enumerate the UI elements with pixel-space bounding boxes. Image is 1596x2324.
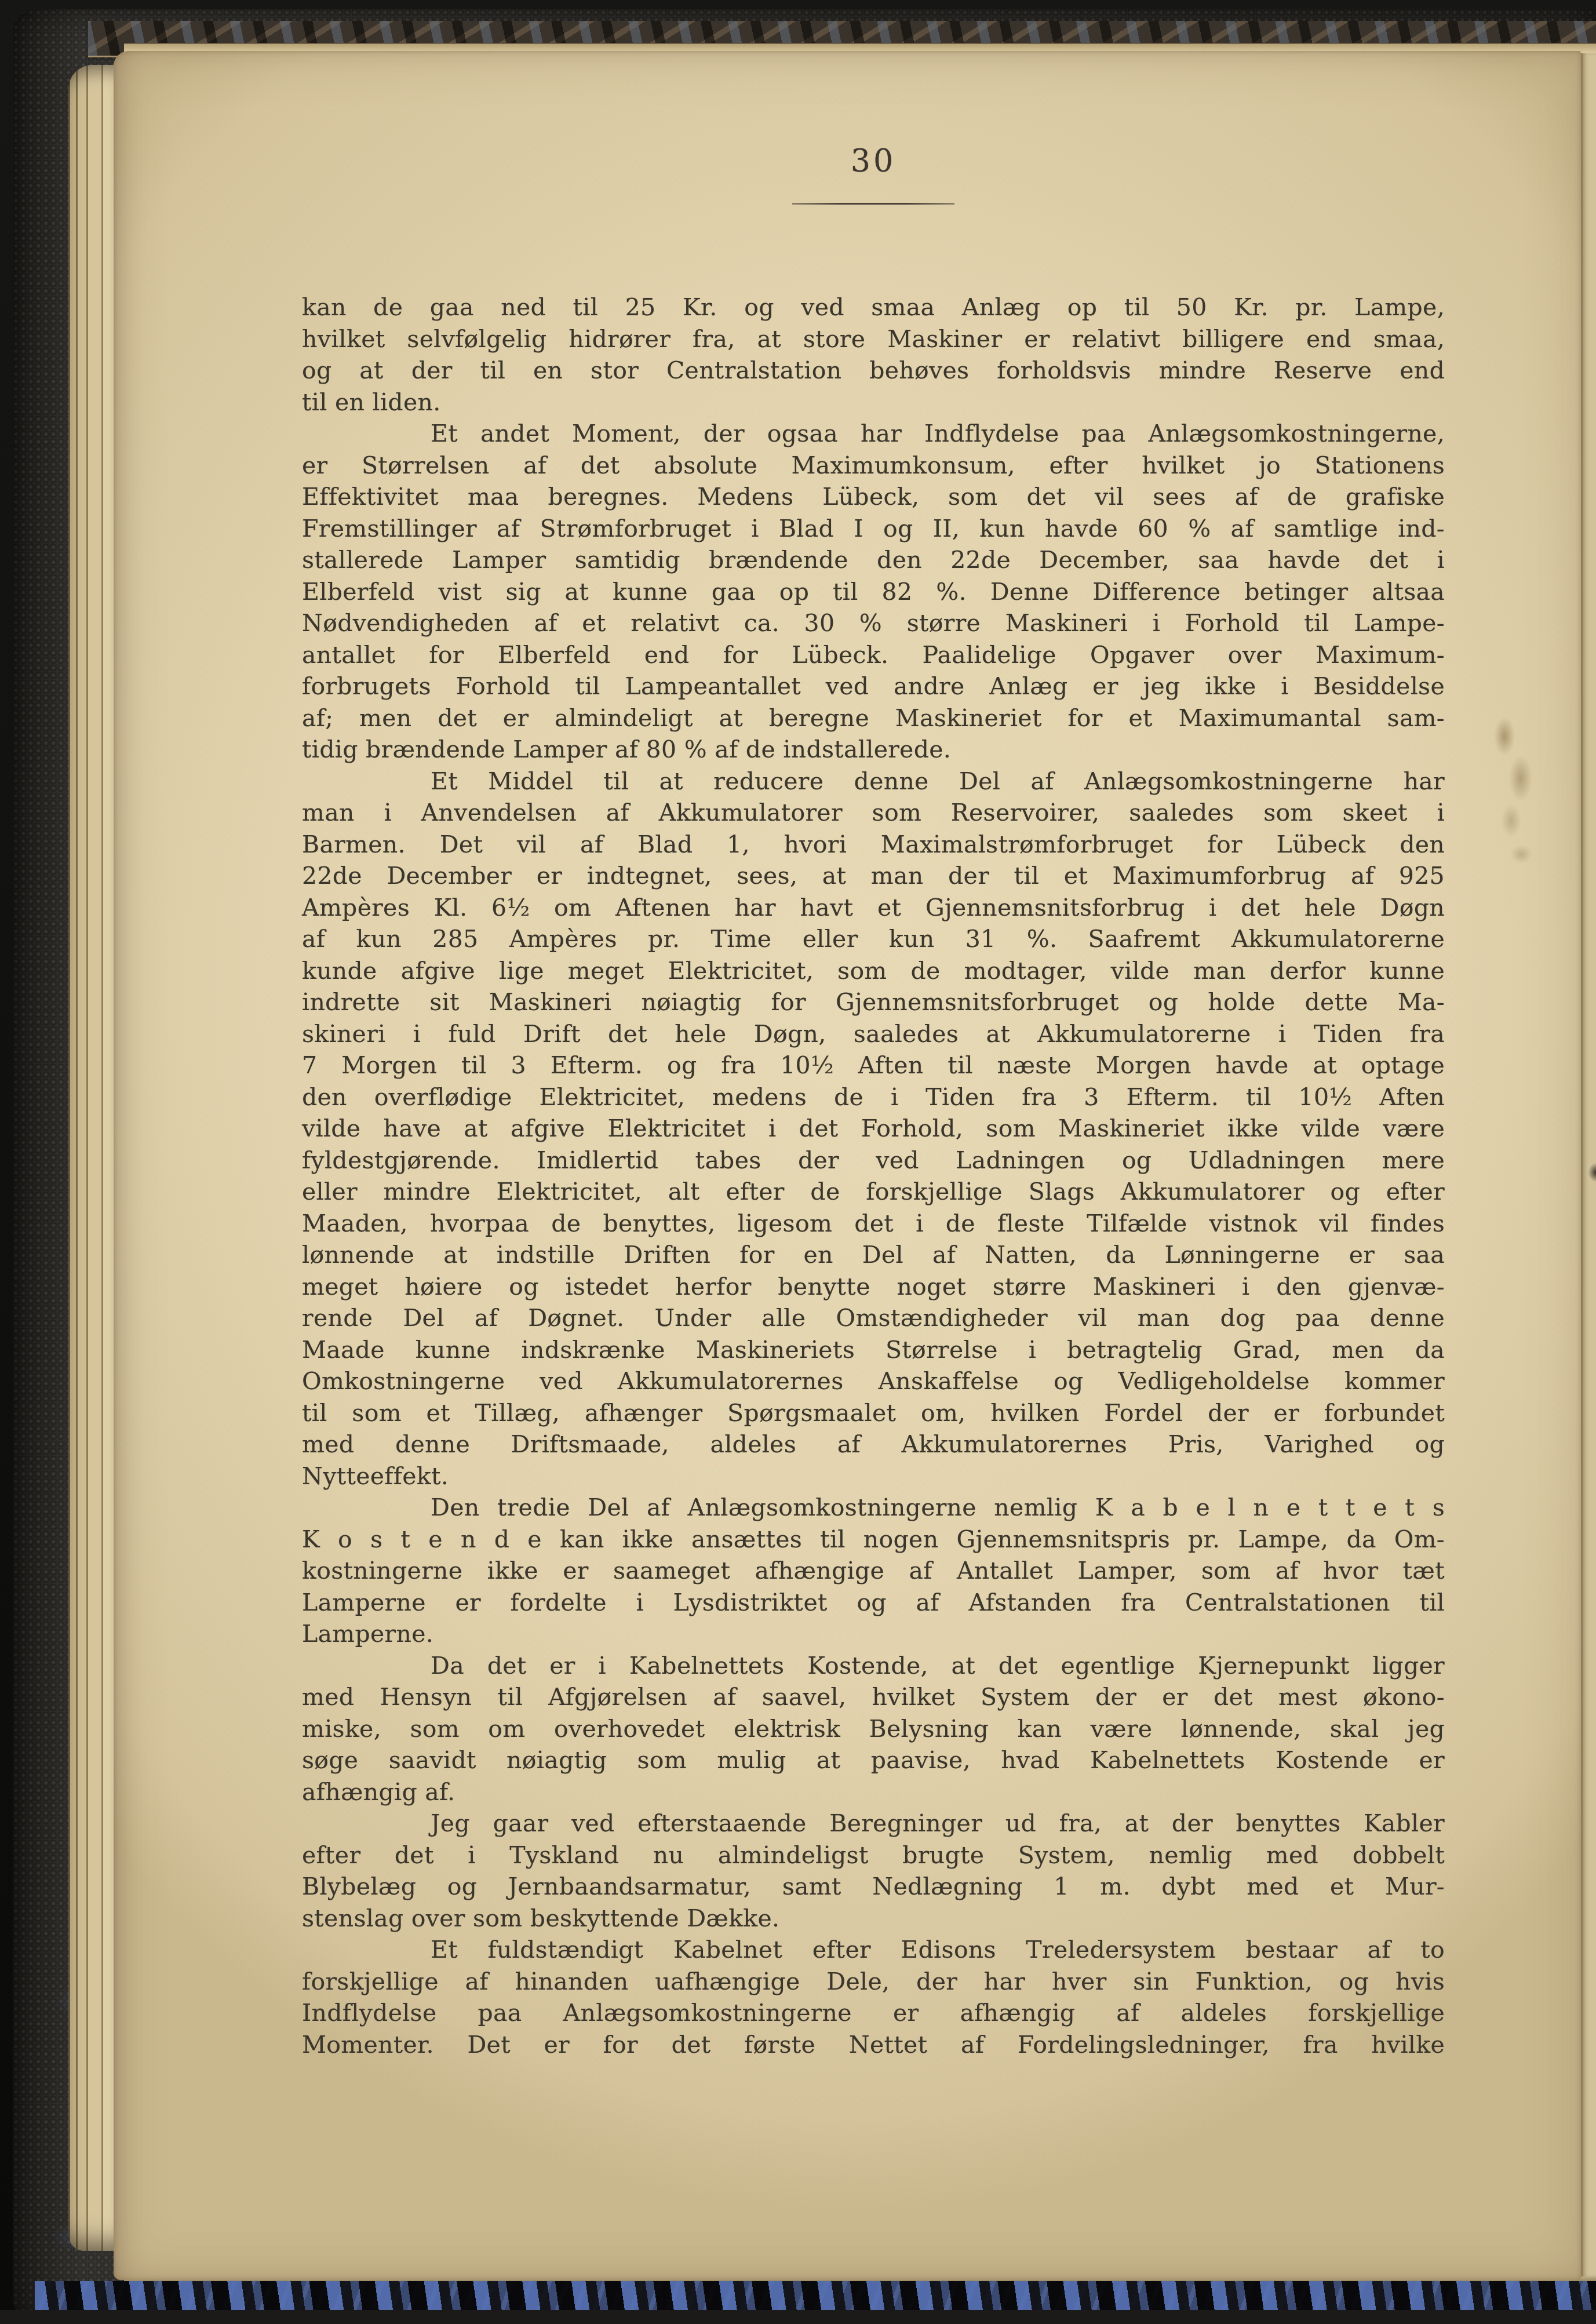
- text-line: Et Middel til at reducere denne Del af A…: [302, 766, 1445, 797]
- text-line: forbrugets Forhold til Lampeantallet ved…: [302, 671, 1445, 702]
- text-line: vilde have at afgive Elektricitet i det …: [302, 1113, 1445, 1145]
- text-line: Ampères Kl. 6½ om Aftenen har havt et Gj…: [302, 892, 1445, 924]
- text-line: til som et Tillæg, afhænger Spørgsmaalet…: [302, 1397, 1445, 1429]
- text-line: Da det er i Kabelnettets Kostende, at de…: [302, 1650, 1445, 1682]
- blue-marbled-endpaper: [35, 2281, 1596, 2310]
- text-line: afhængig af.: [302, 1776, 1445, 1808]
- cover-cloth-bottom: [0, 2310, 1596, 2324]
- page-number: 30: [302, 143, 1445, 179]
- text-column: kan de gaa ned til 25 Kr. og ved smaa An…: [302, 292, 1445, 2060]
- text-line: Omkostningerne ved Akkumulatorernes Ansk…: [302, 1365, 1445, 1397]
- text-line: Blybelæg og Jernbaandsarmatur, samt Nedl…: [302, 1871, 1445, 1903]
- ink-smudge: [1499, 833, 1544, 875]
- text-line: Nytteeffekt.: [302, 1460, 1445, 1492]
- text-line: og at der til en stor Centralstation beh…: [302, 355, 1445, 387]
- text-line: kan de gaa ned til 25 Kr. og ved smaa An…: [302, 292, 1445, 323]
- text-line: med denne Driftsmaade, aldeles af Akkumu…: [302, 1429, 1445, 1460]
- text-line: forskjellige af hinanden uafhængige Dele…: [302, 1966, 1445, 1998]
- text-line: Fremstillinger af Strømforbruget i Blad …: [302, 513, 1445, 545]
- scanned-book-photo: 30 kan de gaa ned til 25 Kr. og ved smaa…: [0, 0, 1596, 2324]
- text-line: Jeg gaar ved efterstaaende Beregninger u…: [302, 1808, 1445, 1839]
- text-line: eller mindre Elektricitet, alt efter de …: [302, 1176, 1445, 1208]
- text-line: man i Anvendelsen af Akkumulatorer som R…: [302, 797, 1445, 829]
- text-line: Lamperne.: [302, 1618, 1445, 1650]
- text-line: Nødvendigheden af et relativt ca. 30 % s…: [302, 607, 1445, 639]
- text-line: kostningerne ikke er saameget afhængige …: [302, 1555, 1445, 1587]
- text-line: tidig brændende Lamper af 80 % af de ind…: [302, 734, 1445, 766]
- text-line: hvilket selvfølgelig hidrører fra, at st…: [302, 323, 1445, 355]
- text-line: fyldestgjørende. Imidlertid tabes der ve…: [302, 1145, 1445, 1176]
- text-line: indrette sit Maskineri nøiagtig for Gjen…: [302, 986, 1445, 1018]
- text-line: af kun 285 Ampères pr. Time eller kun 31…: [302, 923, 1445, 955]
- text-line: efter det i Tyskland nu almindeligst bru…: [302, 1839, 1445, 1871]
- text-line: søge saavidt nøiagtig som mulig at paavi…: [302, 1744, 1445, 1776]
- text-line: rende Del af Døgnet. Under alle Omstændi…: [302, 1302, 1445, 1334]
- text-line: meget høiere og istedet herfor benytte n…: [302, 1271, 1445, 1303]
- text-line: er Størrelsen af det absolute Maximumkon…: [302, 450, 1445, 482]
- text-line: stallerede Lamper samtidig brændende den…: [302, 544, 1445, 576]
- text-line: Elberfeld vist sig at kunne gaa op til 8…: [302, 576, 1445, 608]
- text-line: kunde afgive lige meget Elektricitet, so…: [302, 955, 1445, 987]
- text-line: Maaden, hvorpaa de benyttes, ligesom det…: [302, 1208, 1445, 1240]
- text-line: Momenter. Det er for det første Nettet a…: [302, 2029, 1445, 2061]
- text-line: antallet for Elberfeld end for Lübeck. P…: [302, 639, 1445, 671]
- text-line: Effektivitet maa beregnes. Medens Lübeck…: [302, 481, 1445, 513]
- text-line: Et andet Moment, der ogsaa har Indflydel…: [302, 418, 1445, 450]
- book-page: 30 kan de gaa ned til 25 Kr. og ved smaa…: [114, 51, 1581, 2280]
- page-stack-left-edges: [68, 65, 117, 2251]
- header-rule: [792, 203, 954, 205]
- page-edge-notch: [1582, 1158, 1596, 1187]
- text-line: til en liden.: [302, 387, 1445, 418]
- text-line: af; men det er almindeligt at beregne Ma…: [302, 702, 1445, 734]
- text-line: Lamperne er fordelte i Lysdistriktet og …: [302, 1587, 1445, 1619]
- text-line: 22de December er indtegnet, sees, at man…: [302, 860, 1445, 892]
- text-line: K o s t e n d e kan ikke ansættes til no…: [302, 1524, 1445, 1556]
- text-line: lønnende at indstille Driften for en Del…: [302, 1239, 1445, 1271]
- text-line: Den tredie Del af Anlægsomkostningerne n…: [302, 1492, 1445, 1524]
- text-line: med Hensyn til Afgjørelsen af saavel, hv…: [302, 1681, 1445, 1713]
- ink-smudge: [1479, 714, 1546, 838]
- text-line: Et fuldstændigt Kabelnet efter Edisons T…: [302, 1934, 1445, 1966]
- text-line: den overflødige Elektricitet, medens de …: [302, 1081, 1445, 1113]
- text-line: Indflydelse paa Anlægsomkostningerne er …: [302, 1997, 1445, 2029]
- text-line: Maade kunne indskrænke Maskineriets Stør…: [302, 1334, 1445, 1366]
- text-line: skineri i fuld Drift det hele Døgn, saal…: [302, 1018, 1445, 1050]
- text-line: miske, som om overhovedet elektrisk Bely…: [302, 1713, 1445, 1745]
- text-line: stenslag over som beskyttende Dække.: [302, 1903, 1445, 1935]
- text-line: Barmen. Det vil af Blad 1, hvori Maximal…: [302, 829, 1445, 861]
- text-line: 7 Morgen til 3 Efterm. og fra 10½ Aften …: [302, 1050, 1445, 1081]
